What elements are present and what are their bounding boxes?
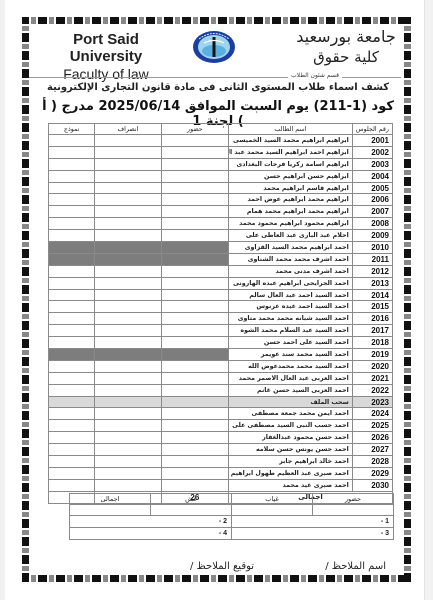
header-divider	[29, 77, 401, 78]
model-cell[interactable]	[49, 444, 95, 456]
attendance-cell[interactable]	[161, 170, 228, 182]
student-name: سحب الملف	[229, 396, 353, 408]
departure-cell[interactable]	[95, 396, 161, 408]
departure-cell[interactable]	[95, 253, 161, 265]
attendance-table: رقم الجلوس اسم الطالب حضور انصراف نموذج …	[48, 123, 393, 504]
table-row: 2023سحب الملف	[49, 396, 393, 408]
student-name: احمد خالد ابراهيم جابر	[229, 456, 353, 468]
observer-signature-label: توقيع الملاحظ /	[190, 561, 254, 572]
student-name: ابراهيم ابراهيم محمد السيد الخميسى	[229, 135, 353, 147]
attendance-cell[interactable]	[161, 349, 228, 361]
model-cell[interactable]	[49, 325, 95, 337]
departure-cell[interactable]	[95, 301, 161, 313]
faculty-name-en: Faculty of law	[36, 66, 176, 82]
seat-number: 2017	[352, 325, 392, 337]
model-cell[interactable]	[49, 146, 95, 158]
seat-number: 2024	[352, 408, 392, 420]
student-name: ابراهيم اسامة زكريا فرحات البغدادى	[229, 158, 353, 170]
table-row: 2011احمد اشرف محمد محمد الشناوى	[49, 253, 393, 265]
seat-number: 2004	[352, 170, 392, 182]
table-row: 2002ابراهيم احمد ابراهيم السيد محمد عبد …	[49, 146, 393, 158]
student-name: احمد السيد محمد محمدعوض الله	[229, 360, 353, 372]
table-header-row: رقم الجلوس اسم الطالب حضور انصراف نموذج	[49, 124, 393, 135]
seat-number: 2002	[352, 146, 392, 158]
model-cell[interactable]	[49, 396, 95, 408]
table-row: 2020احمد السيد محمد محمدعوض الله	[49, 360, 393, 372]
table-row: 2028احمد خالد ابراهيم جابر	[49, 456, 393, 468]
departure-cell[interactable]	[95, 325, 161, 337]
student-name: احلام عبد البارى عبد العاطى على	[229, 230, 353, 242]
model-cell[interactable]	[49, 384, 95, 396]
student-name: احمد السيد احمد عبد العال سالم	[229, 289, 353, 301]
attendance-cell[interactable]	[161, 289, 228, 301]
seat-number: 2026	[352, 432, 392, 444]
model-cell[interactable]	[49, 277, 95, 289]
attendance-cell[interactable]	[161, 467, 228, 479]
seat-number: 2012	[352, 265, 392, 277]
departure-cell[interactable]	[95, 265, 161, 277]
model-cell[interactable]	[49, 170, 95, 182]
student-name: احمد اشرف مدنى محمد	[229, 265, 353, 277]
model-cell[interactable]	[49, 432, 95, 444]
table-row: 2013احمد الجرايحى ابراهيم عبده الهارونى	[49, 277, 393, 289]
attendance-cell[interactable]	[161, 313, 228, 325]
seat-number: 2001	[352, 135, 392, 147]
departure-cell[interactable]	[95, 467, 161, 479]
table-row: 2017احمد السيد عبد السلام محمد الشوه	[49, 325, 393, 337]
table-row: 2018احمد السيد على احمد حسن	[49, 337, 393, 349]
departure-cell[interactable]	[95, 194, 161, 206]
attendance-cell[interactable]	[161, 146, 228, 158]
university-name-en: Port Said University	[36, 31, 176, 65]
scrollbar[interactable]	[424, 0, 433, 600]
col-model: نموذج	[49, 124, 95, 135]
departure-cell[interactable]	[95, 289, 161, 301]
summary-col-cheating: غش	[151, 494, 232, 505]
student-name: احمد العربى عبد العال الاصمر محمد	[229, 372, 353, 384]
departure-cell[interactable]	[95, 349, 161, 361]
seat-number: 2010	[352, 242, 392, 254]
model-cell[interactable]	[49, 230, 95, 242]
student-name: احمد اشرف محمد محمد الشناوى	[229, 253, 353, 265]
model-cell[interactable]	[49, 372, 95, 384]
attendance-cell[interactable]	[161, 194, 228, 206]
seat-number: 2016	[352, 313, 392, 325]
table-row: 2015احمد السيد احمد عبده عرنوس	[49, 301, 393, 313]
summary-present-value[interactable]	[313, 505, 394, 516]
model-cell[interactable]	[49, 479, 95, 491]
attendance-cell[interactable]	[161, 384, 228, 396]
model-cell[interactable]	[49, 313, 95, 325]
attendance-cell[interactable]	[161, 158, 228, 170]
student-name: احمد حسن يونس حسن سلامه	[229, 444, 353, 456]
attendance-cell[interactable]	[161, 206, 228, 218]
model-cell[interactable]	[49, 253, 95, 265]
table-row: 2006ابراهيم محمد ابراهيم عوض احمد	[49, 194, 393, 206]
seat-number: 2015	[352, 301, 392, 313]
student-name: احمد ابراهيم محمد السيد القزاوى	[229, 242, 353, 254]
seat-number: 2020	[352, 360, 392, 372]
summary-total-value[interactable]	[70, 505, 151, 516]
attendance-cell[interactable]	[161, 277, 228, 289]
seat-number: 2029	[352, 467, 392, 479]
model-cell[interactable]	[49, 337, 95, 349]
col-seat-number: رقم الجلوس	[352, 124, 392, 135]
seat-number: 2006	[352, 194, 392, 206]
student-name: احمد السيد محمد سند عويمر	[229, 349, 353, 361]
table-row: 2012احمد اشرف مدنى محمد	[49, 265, 393, 277]
attendance-cell[interactable]	[161, 372, 228, 384]
table-row: 2027احمد حسن يونس حسن سلامه	[49, 444, 393, 456]
student-name: احمد السيد احمد عبده عرنوس	[229, 301, 353, 313]
model-cell[interactable]	[49, 182, 95, 194]
departure-cell[interactable]	[95, 420, 161, 432]
seat-number: 2003	[352, 158, 392, 170]
departure-cell[interactable]	[95, 206, 161, 218]
student-name: ابراهيم محمود ابراهيم محمود محمد	[229, 218, 353, 230]
departure-cell[interactable]	[95, 277, 161, 289]
student-name: ابراهيم احمد ابراهيم السيد محمد عبد الرح…	[229, 146, 353, 158]
summary-table: حضور غياب غش اجمالى 1 - 2 - 3 - 4 -	[69, 493, 394, 540]
col-departure: انصراف	[95, 124, 161, 135]
departure-cell[interactable]	[95, 182, 161, 194]
model-cell[interactable]	[49, 265, 95, 277]
observer-name-label: اسم الملاحظ /	[325, 561, 386, 572]
table-row: 2009احلام عبد البارى عبد العاطى على	[49, 230, 393, 242]
seat-number: 2025	[352, 420, 392, 432]
student-name: احمد السيد عبد السلام محمد الشوه	[229, 325, 353, 337]
seat-number: 2014	[352, 289, 392, 301]
seat-number: 2027	[352, 444, 392, 456]
seat-number: 2009	[352, 230, 392, 242]
student-name: احمد صبرى عبد العظيم طهول ابراهيم	[229, 467, 353, 479]
model-cell[interactable]	[49, 349, 95, 361]
attendance-cell[interactable]	[161, 396, 228, 408]
attendance-cell[interactable]	[161, 301, 228, 313]
model-cell[interactable]	[49, 408, 95, 420]
attendance-cell[interactable]	[161, 218, 228, 230]
departure-cell[interactable]	[95, 384, 161, 396]
departure-cell[interactable]	[95, 337, 161, 349]
seat-number: 2030	[352, 479, 392, 491]
col-attendance: حضور	[161, 124, 228, 135]
departure-cell[interactable]	[95, 218, 161, 230]
summary-value-row	[70, 505, 394, 516]
attendance-cell[interactable]	[161, 253, 228, 265]
attendance-cell[interactable]	[161, 337, 228, 349]
border-bottom	[22, 575, 411, 582]
summary-notes-row: 1 - 2 -	[70, 516, 394, 528]
table-row: 2014احمد السيد احمد عبد العال سالم	[49, 289, 393, 301]
summary-col-present: حضور	[313, 494, 394, 505]
table-row: 2001ابراهيم ابراهيم محمد السيد الخميسى	[49, 135, 393, 147]
model-cell[interactable]	[49, 218, 95, 230]
model-cell[interactable]	[49, 360, 95, 372]
table-row: 2024احمد ايمن محمد جمعة مصطفى	[49, 408, 393, 420]
departure-cell[interactable]	[95, 372, 161, 384]
model-cell[interactable]	[49, 301, 95, 313]
departure-cell[interactable]	[95, 170, 161, 182]
departure-cell[interactable]	[95, 432, 161, 444]
table-row: 2021احمد العربى عبد العال الاصمر محمد	[49, 372, 393, 384]
seat-number: 2022	[352, 384, 392, 396]
table-row: 2030احمد صبرى عيد محمد	[49, 479, 393, 491]
summary-cheating-value[interactable]	[151, 505, 232, 516]
seat-number: 2021	[352, 372, 392, 384]
model-cell[interactable]	[49, 456, 95, 468]
departure-cell[interactable]	[95, 313, 161, 325]
border-top	[22, 17, 411, 24]
student-name: احمد العربى السيد حسن غانم	[229, 384, 353, 396]
attendance-cell[interactable]	[161, 432, 228, 444]
summary-col-absent: غياب	[232, 494, 313, 505]
model-cell[interactable]	[49, 135, 95, 147]
student-name: احمد حسب النبى السيد مصطفى على	[229, 420, 353, 432]
table-row: 2026احمد حسن محمود عبدالغفار	[49, 432, 393, 444]
student-name: ابراهيم محمد ابراهيم محمد همام	[229, 206, 353, 218]
attendance-cell[interactable]	[161, 444, 228, 456]
seat-number: 2019	[352, 349, 392, 361]
table-row: 2016احمد السيد شبانه محمد محمد متاوى	[49, 313, 393, 325]
summary-note-2: 2 -	[70, 516, 232, 528]
departure-cell[interactable]	[95, 242, 161, 254]
seat-number: 2011	[352, 253, 392, 265]
summary-note-1: 1 -	[232, 516, 394, 528]
attendance-cell[interactable]	[161, 182, 228, 194]
table-row: 2019احمد السيد محمد سند عويمر	[49, 349, 393, 361]
table-row: 2004ابراهيم حسن ابراهيم حسن	[49, 170, 393, 182]
summary-note-4: 4 -	[70, 528, 232, 540]
student-name: احمد حسن محمود عبدالغفار	[229, 432, 353, 444]
attendance-cell[interactable]	[161, 230, 228, 242]
table-row: 2007ابراهيم محمد ابراهيم محمد همام	[49, 206, 393, 218]
document-title: كشف اسماء طلاب المستوى الثانى فى مادة قا…	[40, 82, 396, 93]
seat-number: 2007	[352, 206, 392, 218]
model-cell[interactable]	[49, 242, 95, 254]
model-cell[interactable]	[49, 420, 95, 432]
page-margin-left	[0, 0, 5, 600]
summary-absent-value[interactable]	[232, 505, 313, 516]
table-row: 2008ابراهيم محمود ابراهيم محمود محمد	[49, 218, 393, 230]
model-cell[interactable]	[49, 194, 95, 206]
attendance-cell[interactable]	[161, 265, 228, 277]
departure-cell[interactable]	[95, 230, 161, 242]
border-left	[22, 17, 29, 582]
student-name: ابراهيم محمد ابراهيم عوض احمد	[229, 194, 353, 206]
attendance-cell[interactable]	[161, 242, 228, 254]
departure-cell[interactable]	[95, 146, 161, 158]
model-cell[interactable]	[49, 289, 95, 301]
summary-col-total: اجمالى	[70, 494, 151, 505]
departure-cell[interactable]	[95, 158, 161, 170]
header-arabic: جامعة بورسعيد كلية حقوق	[296, 27, 396, 66]
header-english: Port Said University Faculty of law	[36, 31, 176, 82]
summary-note-3: 3 -	[232, 528, 394, 540]
student-name: احمد صبرى عيد محمد	[229, 479, 353, 491]
attendance-cell[interactable]	[161, 360, 228, 372]
model-cell[interactable]	[49, 467, 95, 479]
university-name-ar: جامعة بورسعيد	[296, 27, 396, 46]
student-name: احمد الجرايحى ابراهيم عبده الهارونى	[229, 277, 353, 289]
attendance-cell[interactable]	[161, 420, 228, 432]
attendance-cell[interactable]	[161, 135, 228, 147]
student-name: ابراهيم حسن ابراهيم حسن	[229, 170, 353, 182]
seat-number: 2008	[352, 218, 392, 230]
faculty-name-ar: كلية حقوق	[296, 48, 396, 66]
departure-cell[interactable]	[95, 479, 161, 491]
col-student-name: اسم الطالب	[229, 124, 353, 135]
seat-number: 2013	[352, 277, 392, 289]
seat-number: 2018	[352, 337, 392, 349]
table-row: 2005ابراهيم قاسم ابراهيم محمد	[49, 182, 393, 194]
attendance-cell[interactable]	[161, 456, 228, 468]
table-row: 2022احمد العربى السيد حسن غانم	[49, 384, 393, 396]
seat-number: 2005	[352, 182, 392, 194]
departure-cell[interactable]	[95, 360, 161, 372]
table-row: 2025احمد حسب النبى السيد مصطفى على	[49, 420, 393, 432]
table-row: 2003ابراهيم اسامة زكريا فرحات البغدادى	[49, 158, 393, 170]
department-label: قسم شئون الطلاب	[288, 72, 342, 79]
model-cell[interactable]	[49, 158, 95, 170]
table-row: 2029احمد صبرى عبد العظيم طهول ابراهيم	[49, 467, 393, 479]
table-row: 2010احمد ابراهيم محمد السيد القزاوى	[49, 242, 393, 254]
student-name: احمد ايمن محمد جمعة مصطفى	[229, 408, 353, 420]
student-name: احمد السيد على احمد حسن	[229, 337, 353, 349]
departure-cell[interactable]	[95, 444, 161, 456]
attendance-cell[interactable]	[161, 325, 228, 337]
seat-number: 2023	[352, 396, 392, 408]
border-right	[404, 17, 411, 582]
university-seal-icon	[190, 29, 238, 65]
departure-cell[interactable]	[95, 456, 161, 468]
departure-cell[interactable]	[95, 135, 161, 147]
seat-number: 2028	[352, 456, 392, 468]
attendance-cell[interactable]	[161, 408, 228, 420]
student-name: ابراهيم قاسم ابراهيم محمد	[229, 182, 353, 194]
model-cell[interactable]	[49, 206, 95, 218]
summary-notes-row: 3 - 4 -	[70, 528, 394, 540]
summary-header-row: حضور غياب غش اجمالى	[70, 494, 394, 505]
attendance-cell[interactable]	[161, 479, 228, 491]
departure-cell[interactable]	[95, 408, 161, 420]
student-name: احمد السيد شبانه محمد محمد متاوى	[229, 313, 353, 325]
